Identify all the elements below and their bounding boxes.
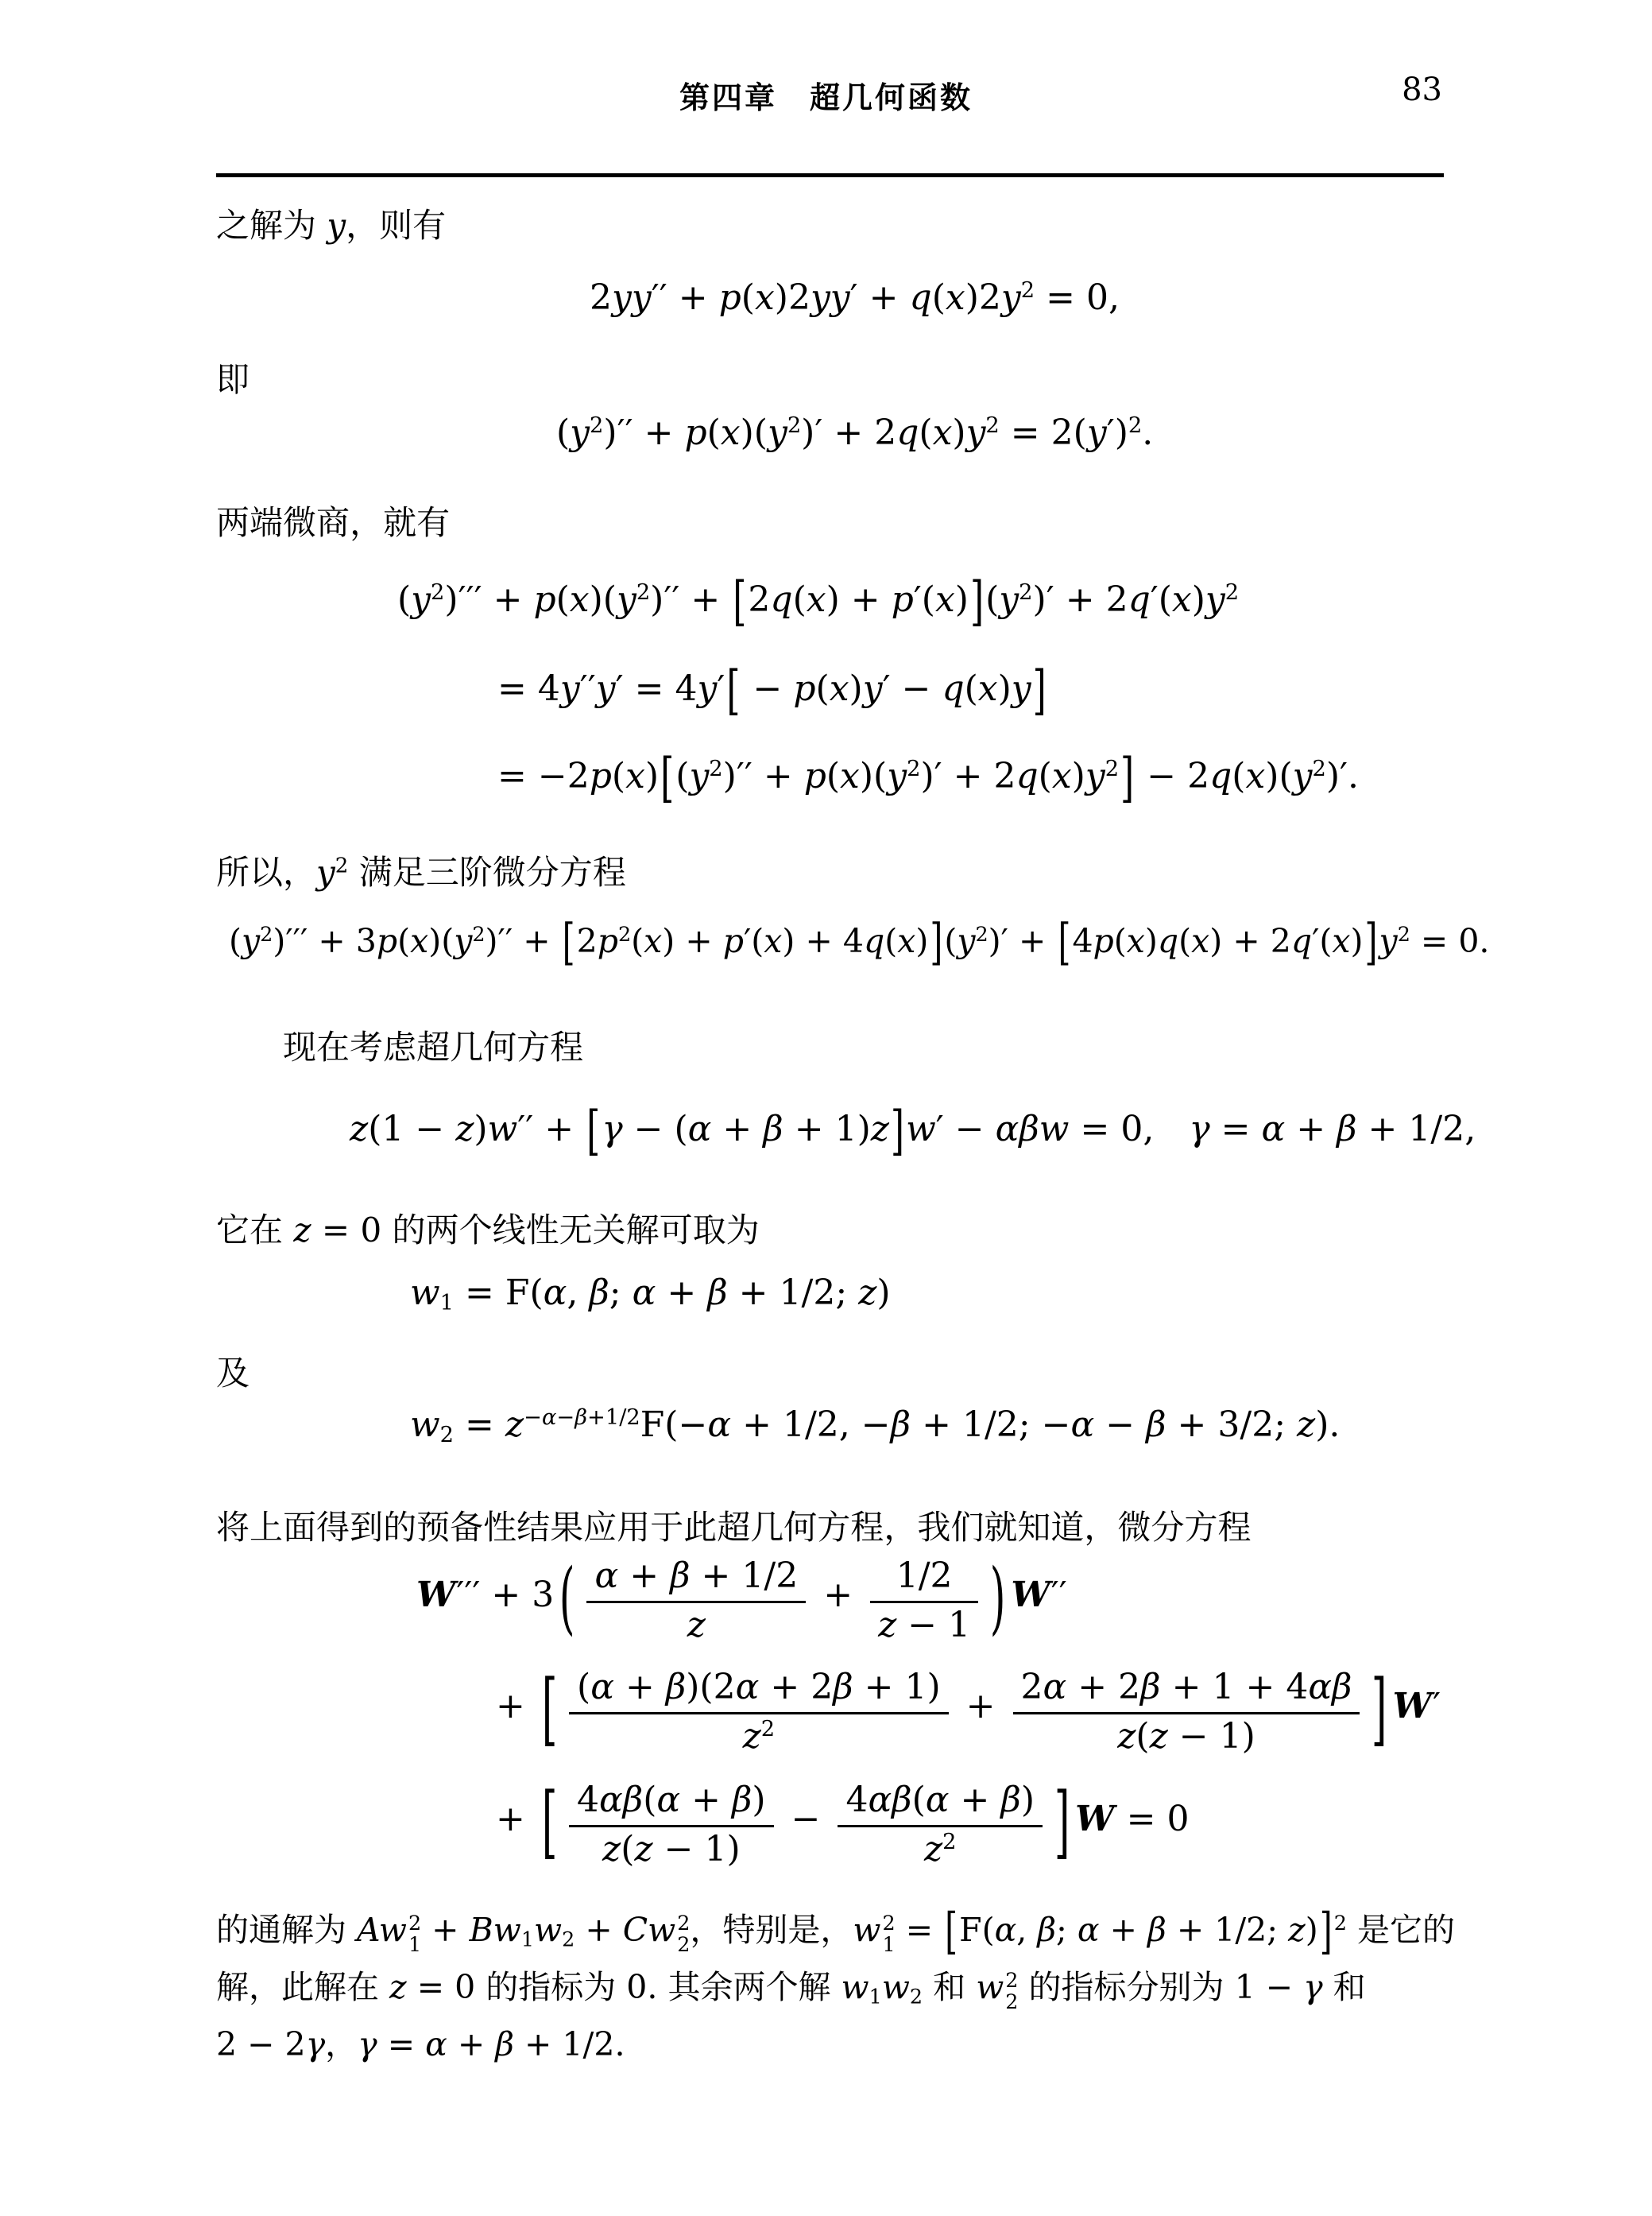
body-text-7: 及	[216, 1348, 250, 1398]
header-rule	[216, 173, 1444, 177]
final-paragraph-line-2: 解，此解在 z = 0 的指标为 0. 其余两个解 w1w2 和 w22 的指标…	[216, 1958, 1463, 2016]
display-formula-7: w2 = z−α−β+1/2F(−α + 1/2, −β + 1/2; −α −…	[410, 1402, 1340, 1447]
book-page: 第四章 超几何函数 83 之解为 y，则有 2yy′′ + p(x)2yy′ +…	[0, 0, 1652, 2216]
display-formula-8-line-3: + [4αβ(α + β)z(z − 1) − 4αβ(α + β)z2]W =…	[496, 1780, 1189, 1869]
body-paragraph-final: 的通解为 Aw21 + Bw1w2 + Cw22，特别是，w21 = [F(α,…	[216, 1901, 1463, 2073]
page-number: 83	[1402, 72, 1442, 108]
body-text-2: 即	[216, 354, 250, 405]
display-formula-3-line-1: (y2)′′′ + p(x)(y2)′′ + [2q(x) + p′(x)](y…	[397, 577, 1239, 625]
display-formula-8-line-1: W′′′ + 3(α + β + 1/2z + 1/2z − 1)W′′	[416, 1556, 1067, 1645]
display-formula-3-line-2: = 4y′′y′ = 4y′[ − p(x)y′ − q(x)y]	[497, 666, 1048, 714]
final-paragraph-line-1: 的通解为 Aw21 + Bw1w2 + Cw22，特别是，w21 = [F(α,…	[216, 1901, 1463, 1958]
display-formula-5: z(1 − z)w′′ + [γ − (α + β + 1)z]w′ − αβw…	[350, 1106, 1476, 1154]
body-text-5: 现在考虑超几何方程	[283, 1022, 583, 1072]
display-formula-6: w1 = F(α, β; α + β + 1/2; z)	[410, 1270, 891, 1315]
body-text-6: 它在 z = 0 的两个线性无关解可取为	[216, 1205, 760, 1255]
body-text-8: 将上面得到的预备性结果应用于此超几何方程，我们就知道，微分方程	[216, 1502, 1251, 1552]
body-text-1: 之解为 y，则有	[216, 200, 446, 250]
running-head-chapter-title: 第四章 超几何函数	[679, 73, 973, 117]
display-formula-1: 2yy′′ + p(x)2yy′ + q(x)2y2 = 0,	[590, 275, 1120, 320]
body-text-3: 两端微商，就有	[216, 498, 450, 548]
display-formula-3-line-3: = −2p(x)[(y2)′′ + p(x)(y2)′ + 2q(x)y2] −…	[497, 754, 1359, 801]
final-paragraph-line-3: 2 − 2γ，γ = α + β + 1/2.	[216, 2016, 1463, 2073]
display-formula-4: (y2)′′′ + 3p(x)(y2)′′ + [2p2(x) + p′(x) …	[229, 920, 1489, 965]
body-text-4: 所以，y2 满足三阶微分方程	[216, 847, 626, 897]
display-formula-8-line-2: + [(α + β)(2α + 2β + 1)z2 + 2α + 2β + 1 …	[496, 1668, 1441, 1757]
display-formula-2: (y2)′′ + p(x)(y2)′ + 2q(x)y2 = 2(y′)2.	[556, 410, 1153, 455]
